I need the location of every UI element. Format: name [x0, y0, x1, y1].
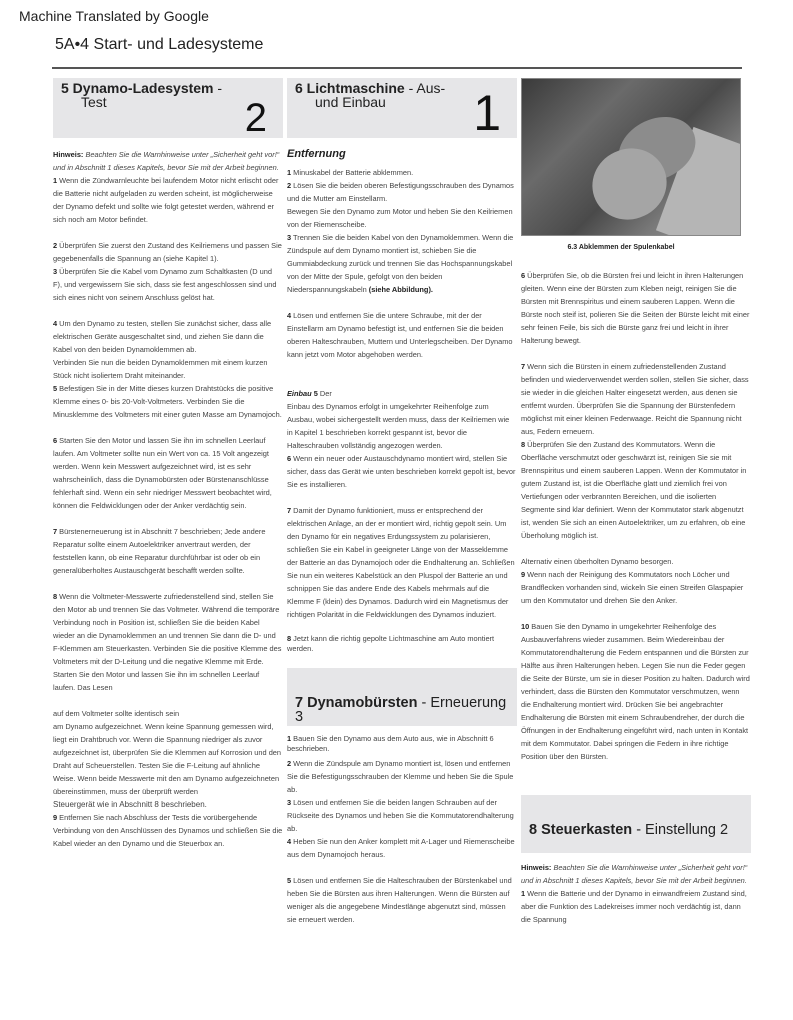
step: 3 Trennen Sie die beiden Kabel von den D… [287, 231, 517, 296]
step: Steuergerät wie in Abschnitt 8 beschrieb… [53, 798, 283, 811]
difficulty-rating: 1 [473, 88, 501, 138]
step-text: Damit der Dynamo funktioniert, muss er e… [287, 506, 515, 619]
step-text: Wenn ein neuer oder Austauschdynamo mont… [287, 454, 515, 489]
section-6-header: 6 Lichtmaschine - Aus- und Einbau 1 [287, 78, 517, 138]
section-8-title: 8 Steuerkasten - Einstellung 2 [521, 795, 751, 837]
step: 7 Wenn sich die Bürsten in einem zufried… [521, 360, 751, 438]
step-text: Bauen Sie den Dynamo in umgekehrter Reih… [521, 622, 750, 761]
step: 4 Um den Dynamo zu testen, stellen Sie z… [53, 317, 283, 356]
step-text: Überprüfen Sie, ob die Bürsten frei und … [521, 271, 749, 345]
step-text: Entfernen Sie nach Abschluss der Tests d… [53, 813, 282, 848]
step: 7 Bürstenerneuerung ist in Abschnitt 7 b… [53, 525, 283, 577]
difficulty-rating: 2 [245, 98, 267, 138]
step-text: Lösen und entfernen Sie die beiden lange… [287, 798, 514, 833]
header-rule [52, 67, 742, 69]
step: 1 Wenn die Zündwarnleuchte bei laufendem… [53, 174, 283, 226]
step-text: Starten Sie den Motor und lassen Sie ihn… [53, 436, 272, 510]
step-text: Um den Dynamo zu testen, stellen Sie zun… [53, 319, 271, 354]
step-text: Minuskabel der Batterie abklemmen. [291, 168, 413, 177]
step-text: Lösen und entfernen Sie die untere Schra… [287, 311, 513, 359]
step: 6 Überprüfen Sie, ob die Bürsten frei un… [521, 269, 751, 347]
figure-caption: 6.3 Abklemmen der Spulenkabel [491, 244, 751, 251]
step: 2 Überprüfen Sie zuerst den Zustand des … [53, 239, 283, 265]
step-text: auf dem Voltmeter sollte identisch sein [53, 709, 179, 718]
step: 1 Bauen Sie den Dynamo aus dem Auto aus,… [287, 734, 517, 754]
section-8-title-rest: - Einstellung 2 [632, 822, 728, 838]
section-8-header: 8 Steuerkasten - Einstellung 2 [521, 795, 751, 853]
step: 5 Befestigen Sie in der Mitte dieses kur… [53, 382, 283, 421]
step: 4 Lösen und entfernen Sie die untere Sch… [287, 309, 517, 361]
section-7-body: 1 Bauen Sie den Dynamo aus dem Auto aus,… [287, 734, 517, 926]
column-2: 6 Lichtmaschine - Aus- und Einbau 1 Entf… [287, 78, 517, 926]
note: Hinweis: Beachten Sie die Warnhinweise u… [53, 148, 283, 174]
section-7-header: 7 Dynamobürsten - Erneuerung 3 [287, 668, 517, 726]
translation-notice: Machine Translated by Google [19, 8, 209, 24]
step: 4 Heben Sie nun den Anker komplett mit A… [287, 835, 517, 861]
step: 8 Jetzt kann die richtig gepolte Lichtma… [287, 634, 517, 654]
section-8-body: Hinweis: Beachten Sie die Warnhinweise u… [521, 861, 751, 926]
step: 10 Bauen Sie den Dynamo in umgekehrter R… [521, 620, 751, 763]
note-label: Hinweis: [53, 150, 83, 159]
section-5-header: 5 Dynamo-Ladesystem - Test 2 [53, 78, 283, 138]
column-3: 6.3 Abklemmen der Spulenkabel 6 Überprüf… [521, 78, 751, 926]
step-text: am Dynamo aufgezeichnet. Wenn keine Span… [53, 722, 281, 796]
figure-reference: (siehe Abbildung). [369, 285, 433, 294]
section-6-title-rest: - Aus- [405, 80, 445, 96]
subheading-removal: Entfernung [287, 148, 517, 160]
step: auf dem Voltmeter sollte identisch sein [53, 707, 283, 720]
step: 5 Lösen und entfernen Sie die Halteschra… [287, 874, 517, 926]
section-5-body: Hinweis: Beachten Sie die Warnhinweise u… [53, 148, 283, 850]
step-text: Lösen Sie die beiden oberen Befestigungs… [287, 181, 514, 203]
step-text: Der [318, 389, 332, 398]
step-text: Steuergerät wie in Abschnitt 8 beschrieb… [53, 800, 207, 809]
step-text: Einbau des Dynamos erfolgt in umgekehrte… [287, 402, 509, 450]
step-text: Befestigen Sie in der Mitte dieses kurze… [53, 384, 282, 419]
note-text: Beachten Sie die Warnhinweise unter „Sic… [521, 863, 747, 885]
step-text: Lösen und entfernen Sie die Halteschraub… [287, 876, 512, 924]
step: 1 Minuskabel der Batterie abklemmen. [287, 166, 517, 179]
note: Hinweis: Beachten Sie die Warnhinweise u… [521, 861, 751, 887]
step-text: Jetzt kann die richtig gepolte Lichtmasc… [287, 634, 494, 653]
section-5-title-rest: - [214, 80, 223, 96]
step-text: Überprüfen Sie die Kabel vom Dynamo zum … [53, 267, 276, 302]
column-1: 5 Dynamo-Ladesystem - Test 2 Hinweis: Be… [53, 78, 283, 850]
section-7-title-bold: 7 Dynamobürsten [295, 695, 417, 711]
note-text: Beachten Sie die Warnhinweise unter „Sic… [53, 150, 279, 172]
step-text: Überprüfen Sie zuerst den Zustand des Ke… [53, 241, 282, 263]
step: 9 Wenn nach der Reinigung des Kommutator… [521, 568, 751, 607]
step-number: 10 [521, 622, 529, 631]
step: Verbinden Sie nun die beiden Dynamoklemm… [53, 356, 283, 382]
step-text: Bauen Sie den Dynamo aus dem Auto aus, w… [287, 734, 494, 753]
note-label: Hinweis: [521, 863, 551, 872]
step: am Dynamo aufgezeichnet. Wenn keine Span… [53, 720, 283, 798]
section-7-title: 7 Dynamobürsten - Erneuerung 3 [287, 668, 517, 724]
running-title: 5A•4 Start- und Ladesysteme [55, 36, 263, 54]
step-text: Überprüfen Sie den Zustand des Kommutato… [521, 440, 746, 540]
section-7-body-cont: 6 Überprüfen Sie, ob die Bürsten frei un… [521, 269, 751, 763]
section-8-title-bold: 8 Steuerkasten [529, 822, 632, 838]
step-text: Wenn die Zündspule am Dynamo montiert is… [287, 759, 513, 794]
section-5-title-cont: Test [61, 95, 275, 109]
step: Bewegen Sie den Dynamo zum Motor und heb… [287, 205, 517, 231]
step-text: Alternativ einen überholten Dynamo besor… [521, 557, 673, 566]
step: 6 Starten Sie den Motor und lassen Sie i… [53, 434, 283, 512]
install-heading: Einbau 5 Der [287, 387, 517, 400]
step-text: Wenn die Batterie und der Dynamo in einw… [521, 889, 747, 924]
step: 8 Wenn die Voltmeter-Messwerte zufrieden… [53, 590, 283, 694]
step: Alternativ einen überholten Dynamo besor… [521, 555, 751, 568]
section-6-body: 1 Minuskabel der Batterie abklemmen. 2 L… [287, 166, 517, 654]
step: 3 Lösen und entfernen Sie die beiden lan… [287, 796, 517, 835]
step-text: Bürstenerneuerung ist in Abschnitt 7 bes… [53, 527, 265, 575]
step-text: Wenn sich die Bürsten in einem zufrieden… [521, 362, 749, 436]
step-text: Verbinden Sie nun die beiden Dynamoklemm… [53, 358, 267, 380]
step-text: Heben Sie nun den Anker komplett mit A-L… [287, 837, 515, 859]
step: Einbau des Dynamos erfolgt in umgekehrte… [287, 400, 517, 452]
figure-photo-coil [521, 78, 741, 236]
step: 8 Überprüfen Sie den Zustand des Kommuta… [521, 438, 751, 542]
step-text: Wenn die Voltmeter-Messwerte zufriedenst… [53, 592, 281, 692]
install-label: Einbau [287, 389, 312, 398]
step: 3 Überprüfen Sie die Kabel vom Dynamo zu… [53, 265, 283, 304]
step-text: Wenn die Zündwarnleuchte bei laufendem M… [53, 176, 278, 224]
step: 7 Damit der Dynamo funktioniert, muss er… [287, 504, 517, 621]
step: 9 Entfernen Sie nach Abschluss der Tests… [53, 811, 283, 850]
step-text: Wenn nach der Reinigung des Kommutators … [521, 570, 743, 605]
step: 1 Wenn die Batterie und der Dynamo in ei… [521, 887, 751, 926]
step: 2 Lösen Sie die beiden oberen Befestigun… [287, 179, 517, 205]
step: 2 Wenn die Zündspule am Dynamo montiert … [287, 757, 517, 796]
step-text: Bewegen Sie den Dynamo zum Motor und heb… [287, 207, 513, 229]
step: 6 Wenn ein neuer oder Austauschdynamo mo… [287, 452, 517, 491]
